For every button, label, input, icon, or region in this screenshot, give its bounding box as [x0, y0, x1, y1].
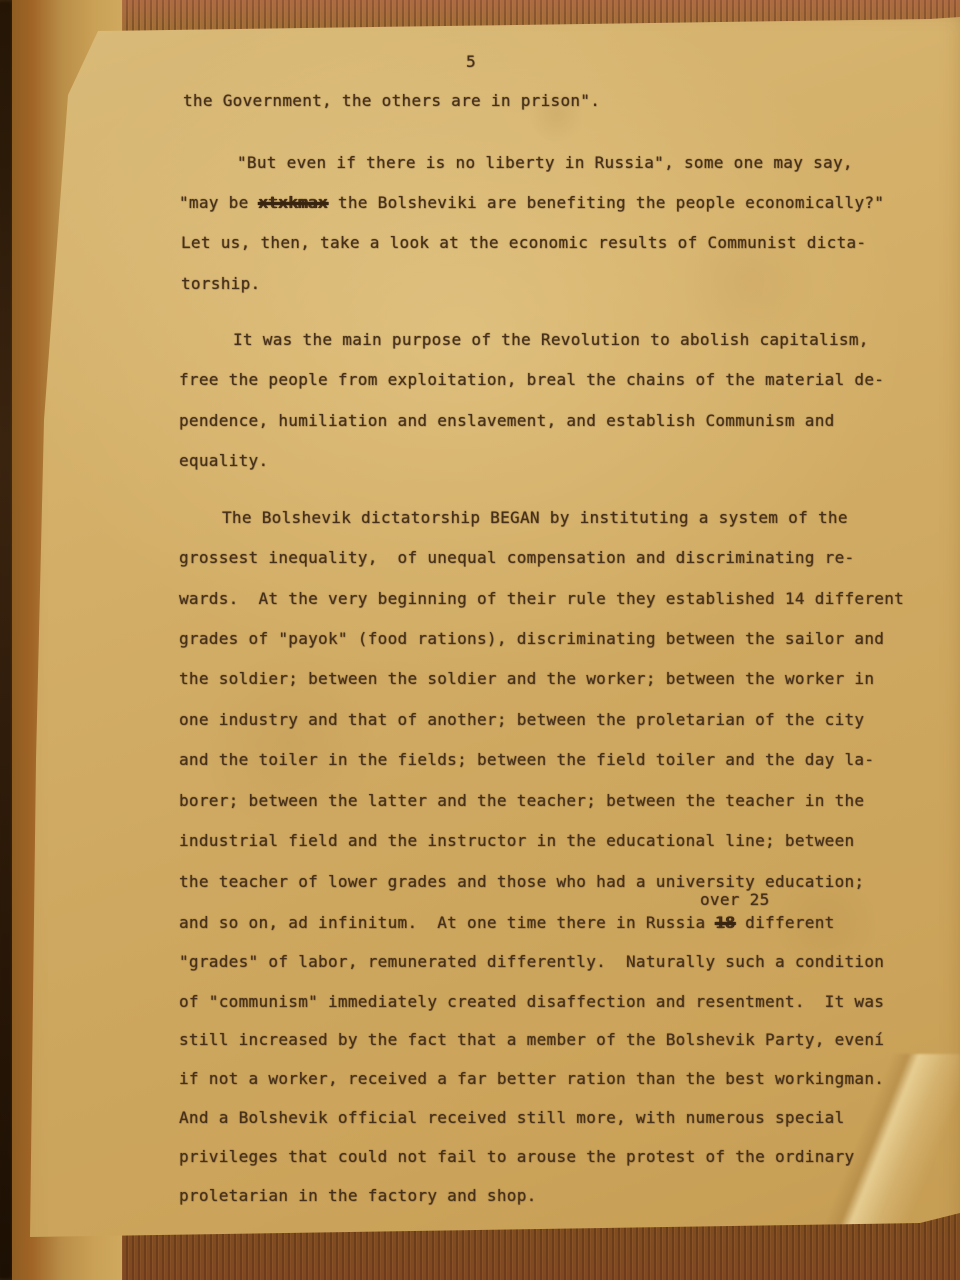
typed-line: It was the main purpose of the Revolutio… [233, 332, 869, 348]
typed-line: privileges that could not fail to arouse… [179, 1149, 854, 1165]
typed-line: "may be xtxkmax the Bolsheviki are benef… [179, 195, 884, 211]
typed-line: the soldier; between the soldier and the… [179, 671, 874, 687]
typed-line: industrial field and the instructor in t… [179, 833, 854, 849]
typed-line: proletarian in the factory and shop. [179, 1188, 537, 1204]
typed-line: if not a worker, received a far better r… [179, 1071, 884, 1087]
typed-line: pendence, humiliation and enslavement, a… [179, 413, 835, 429]
struck-out-text: 18 [715, 913, 735, 932]
typed-line: torship. [181, 276, 260, 292]
document-page: 5the Government, the others are in priso… [0, 0, 960, 1280]
typed-line: and the toiler in the fields; between th… [179, 752, 874, 768]
typed-line: borer; between the latter and the teache… [179, 793, 864, 809]
typed-line: one industry and that of another; betwee… [179, 712, 864, 728]
typed-line: "grades" of labor, remunerated different… [179, 954, 884, 970]
typed-line: grossest inequality, of unequal compensa… [179, 550, 854, 566]
inserted-correction: over 25 [700, 892, 770, 908]
typed-line: the teacher of lower grades and those wh… [179, 874, 864, 890]
typed-line: The Bolshevik dictatorship BEGAN by inst… [222, 510, 848, 526]
typed-line: the Government, the others are in prison… [183, 93, 600, 109]
typed-line: "But even if there is no liberty in Russ… [237, 155, 853, 171]
typed-line: grades of "payok" (food rations), discri… [179, 631, 884, 647]
typed-line: and so on, ad infinitum. At one time the… [179, 915, 835, 931]
typed-line: equality. [179, 453, 268, 469]
struck-out-text: xtxkmax [258, 193, 328, 212]
typed-line: free the people from exploitation, breal… [179, 372, 884, 388]
typed-line: Let us, then, take a look at the economi… [181, 235, 866, 251]
typed-line: still increased by the fact that a membe… [179, 1032, 884, 1048]
typed-line: of "communism" immediately created disaf… [179, 994, 884, 1010]
typed-line: wards. At the very beginning of their ru… [179, 591, 904, 607]
typed-line: And a Bolshevik official received still … [179, 1110, 845, 1126]
page-number: 5 [466, 54, 476, 70]
